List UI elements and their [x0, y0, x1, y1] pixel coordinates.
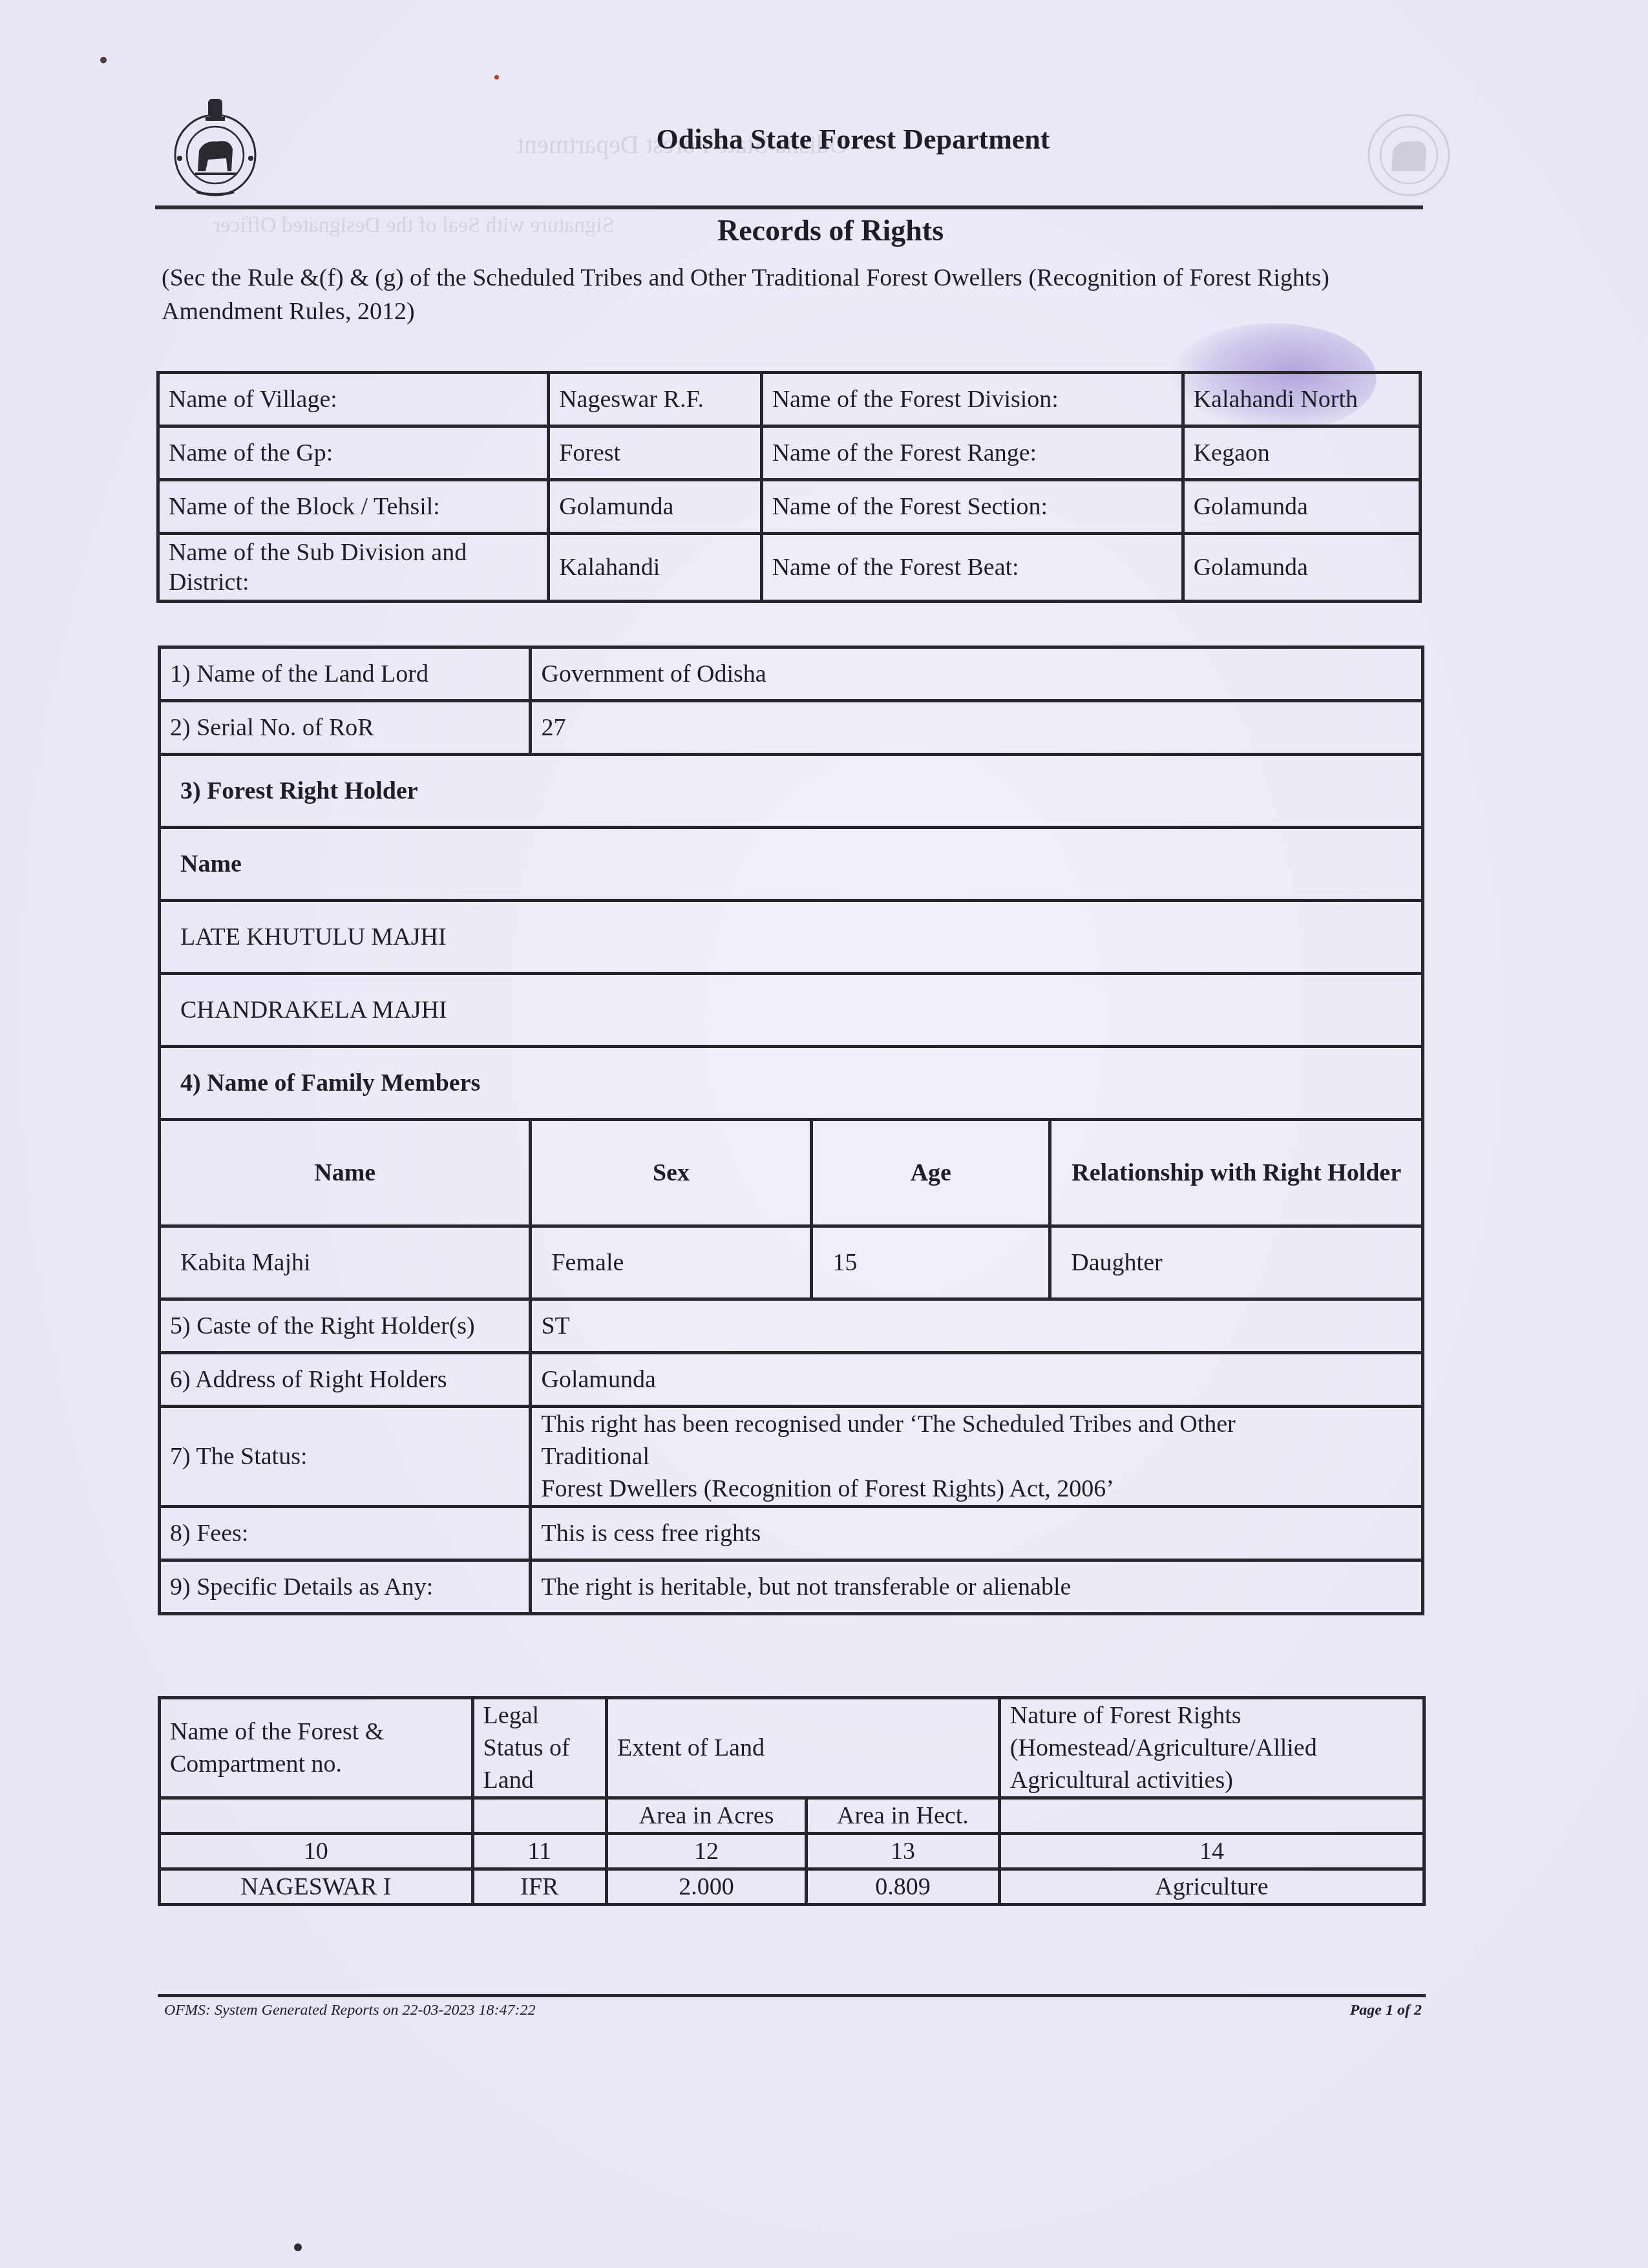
area-hect-value: 0.809	[806, 1869, 999, 1905]
forest-compartment-value: NAGESWAR I	[160, 1869, 473, 1905]
gp-label: Name of the Gp:	[158, 426, 549, 480]
village-label: Name of Village:	[158, 373, 549, 426]
right-holder-name: CHANDRAKELA MAJHI	[160, 974, 1423, 1047]
family-member-sex: Female	[531, 1226, 812, 1299]
status-line: Traditional	[541, 1440, 1412, 1473]
extent-header: Extent of Land	[607, 1698, 1000, 1798]
column-number: 14	[999, 1834, 1424, 1869]
fees-label: 8) Fees:	[160, 1507, 531, 1560]
column-number: 13	[806, 1834, 999, 1869]
fees-value: This is cess free rights	[531, 1507, 1423, 1560]
details-value: The right is heritable, but not transfer…	[531, 1560, 1423, 1614]
caste-label: 5) Caste of the Right Holder(s)	[160, 1299, 531, 1353]
subdivision-label: Name of the Sub Division and District:	[158, 534, 549, 602]
column-number-row: 10 11 12 13 14	[160, 1834, 1424, 1869]
family-col-relationship: Relationship with Right Holder	[1050, 1120, 1423, 1226]
forest-range-label: Name of the Forest Range:	[761, 426, 1183, 480]
location-table: Name of Village: Nageswar R.F. Name of t…	[156, 371, 1422, 603]
caste-row: 5) Caste of the Right Holder(s) ST	[160, 1299, 1423, 1353]
record-table: 1) Name of the Land Lord Government of O…	[158, 646, 1424, 1615]
land-table: Name of the Forest & Compartment no. Leg…	[158, 1696, 1426, 1906]
gp-value: Forest	[549, 426, 762, 480]
footer-divider	[158, 1994, 1426, 1997]
family-member-age: 15	[812, 1226, 1050, 1299]
subdivision-value: Kalahandi	[549, 534, 762, 602]
forest-beat-label: Name of the Forest Beat:	[761, 534, 1183, 602]
family-heading: 4) Name of Family Members	[160, 1047, 1423, 1120]
column-number: 11	[472, 1834, 607, 1869]
status-value: This right has been recognised under ‘Th…	[531, 1407, 1423, 1507]
right-holder-heading: 3) Forest Right Holder	[160, 755, 1423, 828]
rule-reference: (Sec the Rule &(f) & (g) of the Schedule…	[162, 261, 1428, 328]
family-member-row: Kabita Majhi Female 15 Daughter	[160, 1226, 1423, 1299]
address-value: Golamunda	[531, 1353, 1423, 1407]
serial-value: 27	[531, 701, 1423, 755]
family-member-name: Kabita Majhi	[160, 1226, 531, 1299]
header-divider	[155, 205, 1423, 209]
address-row: 6) Address of Right Holders Golamunda	[160, 1353, 1423, 1407]
family-header-row: Name Sex Age Relationship with Right Hol…	[160, 1120, 1423, 1226]
land-lord-row: 1) Name of the Land Lord Government of O…	[160, 647, 1423, 701]
area-acres-header: Area in Acres	[607, 1798, 807, 1834]
forest-section-value: Golamunda	[1183, 480, 1420, 534]
land-subheader-row: Area in Acres Area in Hect.	[160, 1798, 1424, 1834]
location-row: Name of the Gp: Forest Name of the Fores…	[158, 426, 1421, 480]
family-col-name: Name	[160, 1120, 531, 1226]
address-label: 6) Address of Right Holders	[160, 1353, 531, 1407]
family-member-relationship: Daughter	[1050, 1226, 1423, 1299]
family-col-age: Age	[812, 1120, 1050, 1226]
land-lord-label: 1) Name of the Land Lord	[160, 647, 531, 701]
serial-label: 2) Serial No. of RoR	[160, 701, 531, 755]
caste-value: ST	[531, 1299, 1423, 1353]
forest-division-value: Kalahandi North	[1183, 373, 1420, 426]
generated-timestamp: OFMS: System Generated Reports on 22-03-…	[164, 2002, 536, 2019]
location-row: Name of the Block / Tehsil: Golamunda Na…	[158, 480, 1421, 534]
legal-status-value: IFR	[472, 1869, 607, 1905]
land-lord-value: Government of Odisha	[531, 647, 1423, 701]
forest-division-label: Name of the Forest Division:	[761, 373, 1183, 426]
status-row: 7) The Status: This right has been recog…	[160, 1407, 1423, 1507]
status-line: Forest Dwellers (Recognition of Forest R…	[541, 1473, 1412, 1505]
department-title: Odisha State Forest Department	[0, 123, 1648, 156]
land-row: NAGESWAR I IFR 2.000 0.809 Agriculture	[160, 1869, 1424, 1905]
scan-speck	[494, 75, 499, 79]
document-title: Records of Rights	[0, 213, 1648, 247]
column-number: 12	[607, 1834, 807, 1869]
serial-row: 2) Serial No. of RoR 27	[160, 701, 1423, 755]
forest-section-label: Name of the Forest Section:	[761, 480, 1183, 534]
right-holder-name: LATE KHUTULU MAJHI	[160, 901, 1423, 974]
nature-header: Nature of Forest Rights (Homestead/Agric…	[999, 1698, 1424, 1798]
scan-speck	[100, 57, 107, 63]
block-value: Golamunda	[549, 480, 762, 534]
fees-row: 8) Fees: This is cess free rights	[160, 1507, 1423, 1560]
area-hect-header: Area in Hect.	[806, 1798, 999, 1834]
scan-speck	[294, 2243, 302, 2251]
location-row: Name of the Sub Division and District: K…	[158, 534, 1421, 602]
details-label: 9) Specific Details as Any:	[160, 1560, 531, 1614]
forest-compartment-header: Name of the Forest & Compartment no.	[160, 1698, 473, 1798]
page-number: Page 1 of 2	[1350, 2002, 1422, 2019]
column-number: 10	[160, 1834, 473, 1869]
forest-beat-value: Golamunda	[1183, 534, 1420, 602]
area-acres-value: 2.000	[607, 1869, 807, 1905]
name-heading: Name	[160, 828, 1423, 901]
village-value: Nageswar R.F.	[549, 373, 762, 426]
legal-status-header: Legal Status of Land	[472, 1698, 607, 1798]
forest-range-value: Kegaon	[1183, 426, 1420, 480]
details-row: 9) Specific Details as Any: The right is…	[160, 1560, 1423, 1614]
block-label: Name of the Block / Tehsil:	[158, 480, 549, 534]
nature-value: Agriculture	[999, 1869, 1424, 1905]
land-header-row: Name of the Forest & Compartment no. Leg…	[160, 1698, 1424, 1798]
location-row: Name of Village: Nageswar R.F. Name of t…	[158, 373, 1421, 426]
status-line: This right has been recognised under ‘Th…	[541, 1408, 1412, 1440]
status-label: 7) The Status:	[160, 1407, 531, 1507]
family-col-sex: Sex	[531, 1120, 812, 1226]
